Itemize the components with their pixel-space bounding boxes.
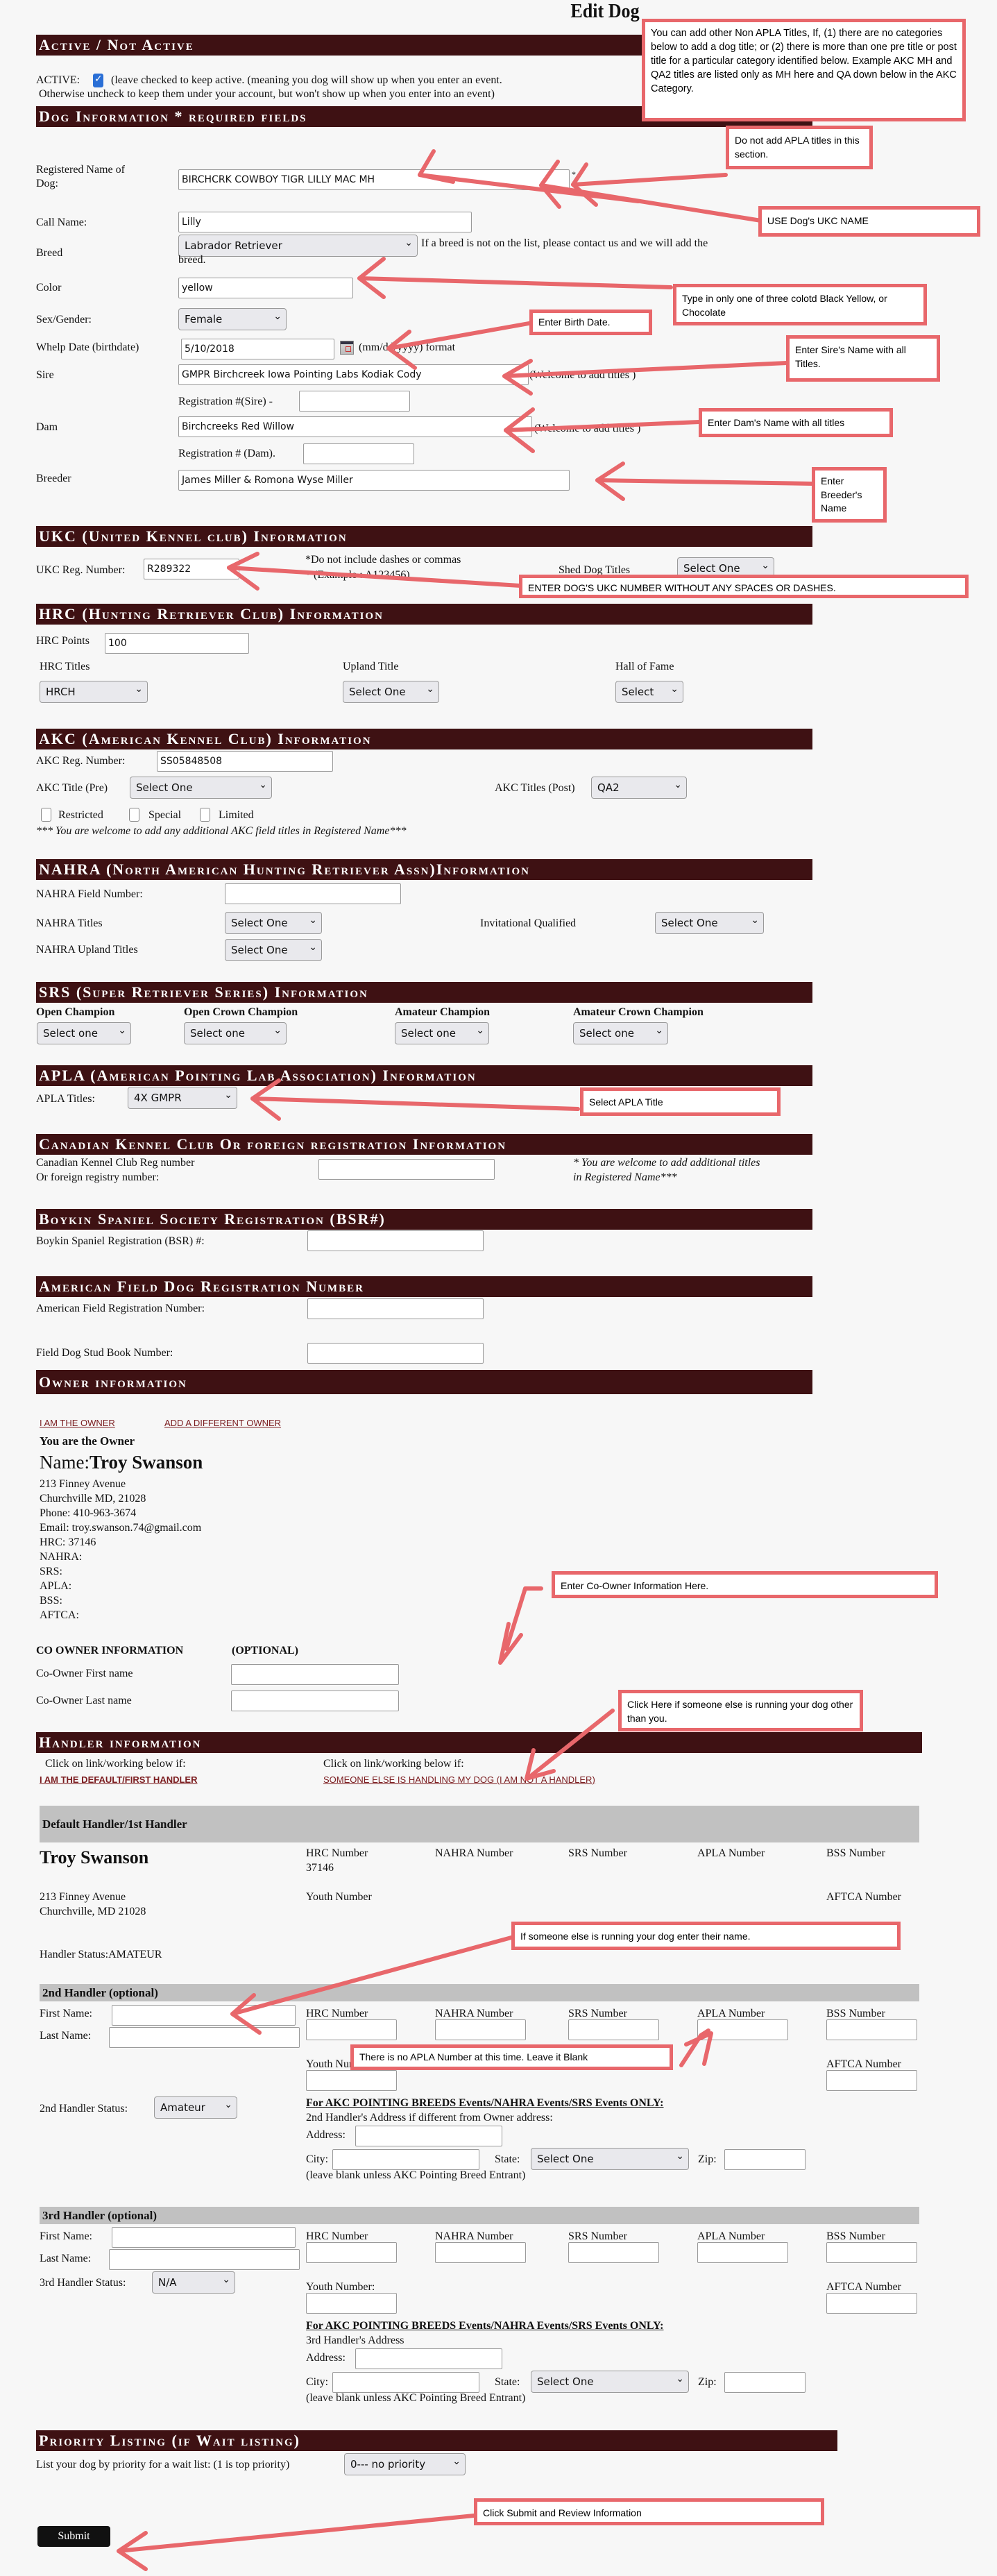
whelp-date-input[interactable]: 5/10/2018 bbox=[181, 339, 334, 359]
required-mark: * bbox=[572, 169, 576, 180]
annotation-apla-number: There is no APLA Number at this time. Le… bbox=[350, 2044, 673, 2070]
sire-note: (Welcome to add titles ) bbox=[529, 369, 636, 382]
nahra-field-input[interactable] bbox=[225, 883, 401, 904]
h3-nahra-label: NAHRA Number bbox=[435, 2230, 513, 2243]
h3-zip-input[interactable] bbox=[724, 2372, 806, 2393]
color-input[interactable]: yellow bbox=[178, 278, 353, 298]
h3-akc-only: For AKC POINTING BREEDS Events/NAHRA Eve… bbox=[306, 2320, 664, 2332]
afd-reg-label: American Field Registration Number: bbox=[36, 1303, 205, 1315]
color-label: Color bbox=[36, 282, 61, 294]
h2-hrc-input[interactable] bbox=[306, 2019, 397, 2040]
annotation-no-apla-titles: Do not add APLA titles in this section. bbox=[726, 126, 873, 169]
h2-address-label: Address: bbox=[306, 2129, 346, 2142]
h3-city-input[interactable] bbox=[332, 2372, 479, 2393]
dam-input[interactable]: Birchcreeks Red Willow bbox=[178, 416, 532, 437]
sex-label: Sex/Gender: bbox=[36, 314, 92, 326]
hrc-points-input[interactable]: 100 bbox=[105, 633, 249, 654]
ckc-label-1: Canadian Kennel Club Reg number bbox=[36, 1157, 194, 1169]
h2-akc-only: For AKC POINTING BREEDS Events/NAHRA Eve… bbox=[306, 2097, 664, 2110]
h2-srs-label: SRS Number bbox=[568, 2008, 627, 2020]
h3-state-label: State: bbox=[495, 2376, 520, 2389]
owner-nahra: NAHRA: bbox=[40, 1550, 201, 1564]
co-owner-header: CO OWNER INFORMATION bbox=[36, 1645, 183, 1657]
limited-label: Limited bbox=[219, 809, 254, 822]
h2-nahra-label: NAHRA Number bbox=[435, 2008, 513, 2020]
srs-amateur-crown-select[interactable]: Select one bbox=[573, 1022, 668, 1044]
h3-bss-label: BSS Number bbox=[826, 2230, 885, 2243]
owner-details: 213 Finney Avenue Churchville MD, 21028 … bbox=[40, 1477, 201, 1622]
breed-select[interactable]: Labrador Retriever bbox=[178, 235, 418, 257]
handler-click-note-2: Click on link/working below if: bbox=[323, 1758, 464, 1770]
third-handler-header: 3rd Handler (optional) bbox=[40, 2207, 919, 2224]
h2-zip-label: Zip: bbox=[698, 2153, 717, 2166]
h2-first-label: First Name: bbox=[40, 2008, 92, 2020]
section-hrc-header: HRC (Hunting Retriever Club) Information bbox=[36, 604, 812, 625]
h3-status-select[interactable]: N/A bbox=[152, 2271, 235, 2294]
h3-first-label: First Name: bbox=[40, 2230, 92, 2243]
someone-else-handling-link[interactable]: SOMEONE ELSE IS HANDLING MY DOG (I AM NO… bbox=[323, 1774, 595, 1785]
dam-note: (Welcome to add titles ) bbox=[534, 423, 640, 435]
annotation-dam: Enter Dam's Name with all titles bbox=[699, 408, 893, 437]
owner-apla: APLA: bbox=[40, 1579, 201, 1593]
h3-apla-input[interactable] bbox=[697, 2242, 788, 2263]
default-handler-header: Default Handler/1st Handler bbox=[40, 1806, 919, 1842]
call-name-input[interactable]: Lilly bbox=[178, 212, 472, 232]
owner-phone: Phone: 410-963-3674 bbox=[40, 1506, 201, 1520]
active-note-1: (leave checked to keep active. (meaning … bbox=[111, 74, 502, 87]
h3-srs-label: SRS Number bbox=[568, 2230, 627, 2243]
owner-email: Email: troy.swanson.74@gmail.com bbox=[40, 1520, 201, 1535]
h2-nahra-input[interactable] bbox=[435, 2019, 526, 2040]
h2-youth-input[interactable] bbox=[306, 2070, 397, 2091]
h2-leave-blank: (leave blank unless AKC Pointing Breed E… bbox=[306, 2169, 525, 2182]
apla-titles-select[interactable]: 4X GMPR bbox=[128, 1087, 237, 1109]
sire-reg-label: Registration #(Sire) - bbox=[178, 396, 273, 408]
srs-open-crown-select[interactable]: Select one bbox=[184, 1022, 287, 1044]
co-owner-last-label: Co-Owner Last name bbox=[36, 1695, 132, 1707]
ukc-reg-label: UKC Reg. Number: bbox=[36, 564, 125, 577]
ckc-note-1: * You are welcome to add additional titl… bbox=[573, 1157, 760, 1169]
annotation-apla-title: Select APLA Title bbox=[580, 1087, 781, 1116]
section-ckc-header: Canadian Kennel Club Or foreign registra… bbox=[36, 1134, 812, 1155]
h2-state-label: State: bbox=[495, 2153, 520, 2166]
co-owner-first-input[interactable] bbox=[231, 1664, 399, 1685]
h2-address-note: 2nd Handler's Address if different from … bbox=[306, 2112, 553, 2124]
active-checkbox[interactable] bbox=[93, 74, 103, 87]
sire-label: Sire bbox=[36, 369, 54, 382]
nahra-upland-select[interactable]: Select One bbox=[225, 939, 322, 961]
nahra-upland-label: NAHRA Upland Titles bbox=[36, 944, 138, 956]
h3-last-input[interactable] bbox=[109, 2249, 300, 2270]
handler-click-note-1: Click on link/working below if: bbox=[45, 1758, 186, 1770]
section-apla-header: APLA (American Pointing Lab Association)… bbox=[36, 1065, 812, 1086]
dh-aftca-label: AFTCA Number bbox=[826, 1891, 901, 1904]
h3-address-note: 3rd Handler's Address bbox=[306, 2334, 404, 2347]
upland-title-select[interactable]: Select One bbox=[343, 681, 439, 703]
invitational-label: Invitational Qualified bbox=[480, 917, 576, 930]
default-handler-link[interactable]: I AM THE DEFAULT/FIRST HANDLER bbox=[40, 1774, 198, 1785]
i-am-owner-link[interactable]: I AM THE OWNER bbox=[40, 1418, 115, 1428]
h3-state-select[interactable]: Select One bbox=[531, 2371, 689, 2393]
owner-bss: BSS: bbox=[40, 1593, 201, 1608]
h3-apla-label: APLA Number bbox=[697, 2230, 765, 2243]
h3-leave-blank: (leave blank unless AKC Pointing Breed E… bbox=[306, 2392, 525, 2405]
priority-select[interactable]: 0--- no priority bbox=[344, 2453, 466, 2475]
owner-name-line: Name:Troy Swanson bbox=[40, 1452, 203, 1473]
h3-city-label: City: bbox=[306, 2376, 328, 2389]
upland-title-label: Upland Title bbox=[343, 661, 398, 673]
owner-address-2: Churchville MD, 21028 bbox=[40, 1491, 201, 1506]
annotation-submit: Click Submit and Review Information bbox=[474, 2498, 824, 2525]
breed-note-1: If a breed is not on the list, please co… bbox=[421, 237, 708, 250]
akc-pre-select[interactable]: Select One bbox=[130, 777, 272, 799]
limited-checkbox[interactable] bbox=[200, 808, 210, 822]
akc-post-select[interactable]: QA2 bbox=[591, 777, 687, 799]
annotation-breeder: Enter Breeder's Name bbox=[812, 467, 887, 523]
co-owner-last-input[interactable] bbox=[231, 1690, 399, 1711]
section-afd-header: American Field Dog Registration Number bbox=[36, 1276, 812, 1297]
you-are-owner: You are the Owner bbox=[40, 1434, 135, 1448]
h2-hrc-label: HRC Number bbox=[306, 2008, 368, 2020]
whelp-date-format: (mm/dd/yyyy) format bbox=[359, 341, 455, 354]
akc-note: *** You are welcome to add any additiona… bbox=[36, 825, 406, 838]
h3-nahra-input[interactable] bbox=[435, 2242, 526, 2263]
breed-label: Breed bbox=[36, 247, 62, 260]
dh-address-1: 213 Finney Avenue bbox=[40, 1891, 126, 1904]
h2-srs-input[interactable] bbox=[568, 2019, 659, 2040]
h3-aftca-label: AFTCA Number bbox=[826, 2281, 901, 2294]
dam-reg-input[interactable] bbox=[303, 443, 414, 464]
srs-open-select[interactable]: Select one bbox=[37, 1022, 131, 1044]
sire-input[interactable]: GMPR Birchcreek Iowa Pointing Labs Kodia… bbox=[178, 364, 529, 385]
hrc-titles-label: HRC Titles bbox=[40, 661, 90, 673]
ckc-input[interactable] bbox=[318, 1159, 495, 1180]
ukc-reg-input[interactable]: R289322 bbox=[144, 559, 239, 579]
h3-first-input[interactable] bbox=[112, 2227, 296, 2248]
afd-reg-input[interactable] bbox=[307, 1298, 484, 1319]
annotation-color: Type in only one of three colotd Black Y… bbox=[673, 284, 927, 325]
h2-first-input[interactable] bbox=[112, 2005, 296, 2026]
h3-status-label: 3rd Handler Status: bbox=[40, 2277, 126, 2289]
h3-hrc-label: HRC Number bbox=[306, 2230, 368, 2243]
h2-city-label: City: bbox=[306, 2153, 328, 2166]
restricted-label: Restricted bbox=[58, 809, 103, 822]
breeder-input[interactable]: James Miller & Romona Wyse Miller bbox=[178, 470, 570, 491]
h2-bss-input[interactable] bbox=[826, 2019, 917, 2040]
special-label: Special bbox=[148, 809, 181, 822]
hall-of-fame-label: Hall of Fame bbox=[615, 661, 674, 673]
h3-hrc-input[interactable] bbox=[306, 2242, 397, 2263]
annotation-someone-else: Click Here if someone else is running yo… bbox=[618, 1690, 863, 1731]
calendar-icon[interactable] bbox=[340, 341, 354, 355]
srs-amateur-crown-label: Amateur Crown Champion bbox=[573, 1006, 704, 1019]
bsr-input[interactable] bbox=[307, 1230, 484, 1251]
h2-status-select[interactable]: Amateur bbox=[154, 2096, 237, 2119]
annotation-sire: Enter Sire's Name with all Titles. bbox=[786, 335, 940, 382]
dh-hrc-value: 37146 bbox=[306, 1862, 334, 1874]
section-akc-header: AKC (American Kennel Club) Information bbox=[36, 729, 812, 749]
section-handler-header: Handler information bbox=[36, 1732, 922, 1753]
hrc-points-label: HRC Points bbox=[36, 635, 90, 647]
annotation-ukc-name: USE Dog's UKC NAME bbox=[758, 206, 980, 237]
h3-address-label: Address: bbox=[306, 2352, 346, 2364]
annotation-enter-name: If someone else is running your dog ente… bbox=[511, 1922, 901, 1950]
akc-reg-label: AKC Reg. Number: bbox=[36, 755, 125, 768]
dam-reg-label: Registration # (Dam). bbox=[178, 448, 275, 460]
h2-aftca-input[interactable] bbox=[826, 2070, 917, 2091]
add-different-owner-link[interactable]: ADD A DIFFERENT OWNER bbox=[164, 1418, 281, 1428]
default-handler-name: Troy Swanson bbox=[40, 1847, 148, 1868]
owner-hrc: HRC: 37146 bbox=[40, 1535, 201, 1550]
section-owner-header: Owner information bbox=[36, 1370, 812, 1394]
h3-youth-label: Youth Number: bbox=[306, 2281, 375, 2294]
ckc-note-2: in Registered Name*** bbox=[573, 1171, 677, 1184]
section-nahra-header: NAHRA (North American Hunting Retriever … bbox=[36, 859, 812, 880]
sex-select[interactable]: Female bbox=[178, 308, 287, 330]
dam-label: Dam bbox=[36, 421, 58, 434]
akc-reg-input[interactable]: SS05848508 bbox=[157, 751, 333, 772]
h2-city-input[interactable] bbox=[332, 2149, 479, 2170]
nahra-field-label: NAHRA Field Number: bbox=[36, 888, 143, 901]
ukc-note-1: *Do not include dashes or commas bbox=[305, 554, 461, 566]
hrc-titles-select[interactable]: HRCH bbox=[40, 681, 148, 703]
section-srs-header: SRS (Super Retriever Series) Information bbox=[36, 982, 812, 1003]
srs-amateur-select[interactable]: Select one bbox=[395, 1022, 489, 1044]
annotation-co-owner: Enter Co-Owner Information Here. bbox=[552, 1571, 938, 1598]
apla-titles-label: APLA Titles: bbox=[36, 1093, 95, 1105]
registered-name-label-2: Dog: bbox=[36, 178, 58, 190]
owner-aftca: AFTCA: bbox=[40, 1608, 201, 1622]
owner-srs: SRS: bbox=[40, 1564, 201, 1579]
afd-stud-label: Field Dog Stud Book Number: bbox=[36, 1347, 173, 1359]
h3-address-input[interactable] bbox=[355, 2348, 502, 2369]
active-label: ACTIVE: bbox=[36, 74, 80, 87]
sire-reg-input[interactable] bbox=[299, 391, 410, 412]
akc-pre-label: AKC Title (Pre) bbox=[36, 782, 108, 795]
dh-bss-label: BSS Number bbox=[826, 1847, 885, 1860]
h3-youth-input[interactable] bbox=[306, 2293, 397, 2314]
nahra-titles-select[interactable]: Select One bbox=[225, 912, 322, 934]
whelp-date-label: Whelp Date (birthdate) bbox=[36, 341, 139, 354]
call-name-label: Call Name: bbox=[36, 217, 87, 229]
invitational-select[interactable]: Select One bbox=[655, 912, 764, 934]
h3-srs-input[interactable] bbox=[568, 2242, 659, 2263]
dh-hrc-label: HRC Number bbox=[306, 1847, 368, 1860]
h2-address-input[interactable] bbox=[355, 2126, 502, 2146]
special-checkbox[interactable] bbox=[129, 808, 139, 822]
h2-zip-input[interactable] bbox=[724, 2149, 806, 2170]
dh-status: Handler Status:AMATEUR bbox=[40, 1949, 162, 1961]
h3-last-label: Last Name: bbox=[40, 2253, 91, 2265]
h2-last-label: Last Name: bbox=[40, 2030, 91, 2042]
owner-name-prefix: Name: bbox=[40, 1452, 90, 1473]
h2-aftca-label: AFTCA Number bbox=[826, 2058, 901, 2071]
h3-aftca-input[interactable] bbox=[826, 2293, 917, 2314]
srs-open-crown-label: Open Crown Champion bbox=[184, 1006, 298, 1019]
restricted-checkbox[interactable] bbox=[41, 808, 51, 822]
submit-button[interactable]: Submit bbox=[37, 2526, 110, 2547]
annotation-non-apla-titles: You can add other Non APLA Titles, If, (… bbox=[642, 19, 966, 121]
second-handler-header: 2nd Handler (optional) bbox=[40, 1984, 919, 2001]
akc-post-label: AKC Titles (Post) bbox=[495, 782, 575, 795]
h2-state-select[interactable]: Select One bbox=[531, 2148, 689, 2170]
breeder-label: Breeder bbox=[36, 473, 71, 485]
dh-srs-label: SRS Number bbox=[568, 1847, 627, 1860]
registered-name-label-1: Registered Name of bbox=[36, 164, 125, 176]
ckc-label-2: Or foreign registry number: bbox=[36, 1171, 159, 1184]
h3-zip-label: Zip: bbox=[698, 2376, 717, 2389]
h3-bss-input[interactable] bbox=[826, 2242, 917, 2263]
h2-bss-label: BSS Number bbox=[826, 2008, 885, 2020]
h2-last-input[interactable] bbox=[109, 2027, 300, 2048]
active-note-2: Otherwise uncheck to keep them under you… bbox=[39, 88, 495, 101]
bsr-label: Boykin Spaniel Registration (BSR) #: bbox=[36, 1235, 205, 1248]
section-ukc-header: UKC (United Kennel club) Information bbox=[36, 526, 812, 547]
dh-apla-label: APLA Number bbox=[697, 1847, 765, 1860]
annotation-birth-date: Enter Birth Date. bbox=[529, 310, 652, 335]
registered-name-input[interactable]: BIRCHCRK COWBOY TIGR LILLY MAC MH bbox=[178, 169, 570, 190]
nahra-titles-label: NAHRA Titles bbox=[36, 917, 103, 930]
annotation-ukc-number: ENTER DOG'S UKC NUMBER WITHOUT ANY SPACE… bbox=[519, 575, 969, 598]
srs-amateur-label: Amateur Champion bbox=[395, 1006, 490, 1019]
srs-open-label: Open Champion bbox=[36, 1006, 114, 1019]
h2-status-label: 2nd Handler Status: bbox=[40, 2103, 128, 2115]
co-owner-optional: (OPTIONAL) bbox=[232, 1645, 298, 1657]
h2-apla-label: APLA Number bbox=[697, 2008, 765, 2020]
breed-note-2: breed. bbox=[178, 254, 206, 266]
owner-address-1: 213 Finney Avenue bbox=[40, 1477, 201, 1491]
ukc-note-2: * (Example : A123456) bbox=[305, 569, 410, 582]
h2-apla-input[interactable] bbox=[697, 2019, 788, 2040]
dh-youth-label: Youth Number bbox=[306, 1891, 372, 1904]
dh-address-2: Churchville, MD 21028 bbox=[40, 1906, 146, 1918]
co-owner-first-label: Co-Owner First name bbox=[36, 1668, 133, 1680]
dh-nahra-label: NAHRA Number bbox=[435, 1847, 513, 1860]
priority-label: List your dog by priority for a wait lis… bbox=[36, 2459, 289, 2471]
section-priority-header: Priority Listing (if Wait listing) bbox=[36, 2430, 837, 2451]
hall-of-fame-select[interactable]: Select bbox=[615, 681, 683, 703]
afd-stud-input[interactable] bbox=[307, 1343, 484, 1364]
owner-name: Troy Swanson bbox=[90, 1452, 203, 1473]
section-bsr-header: Boykin Spaniel Society Registration (BSR… bbox=[36, 1209, 812, 1230]
